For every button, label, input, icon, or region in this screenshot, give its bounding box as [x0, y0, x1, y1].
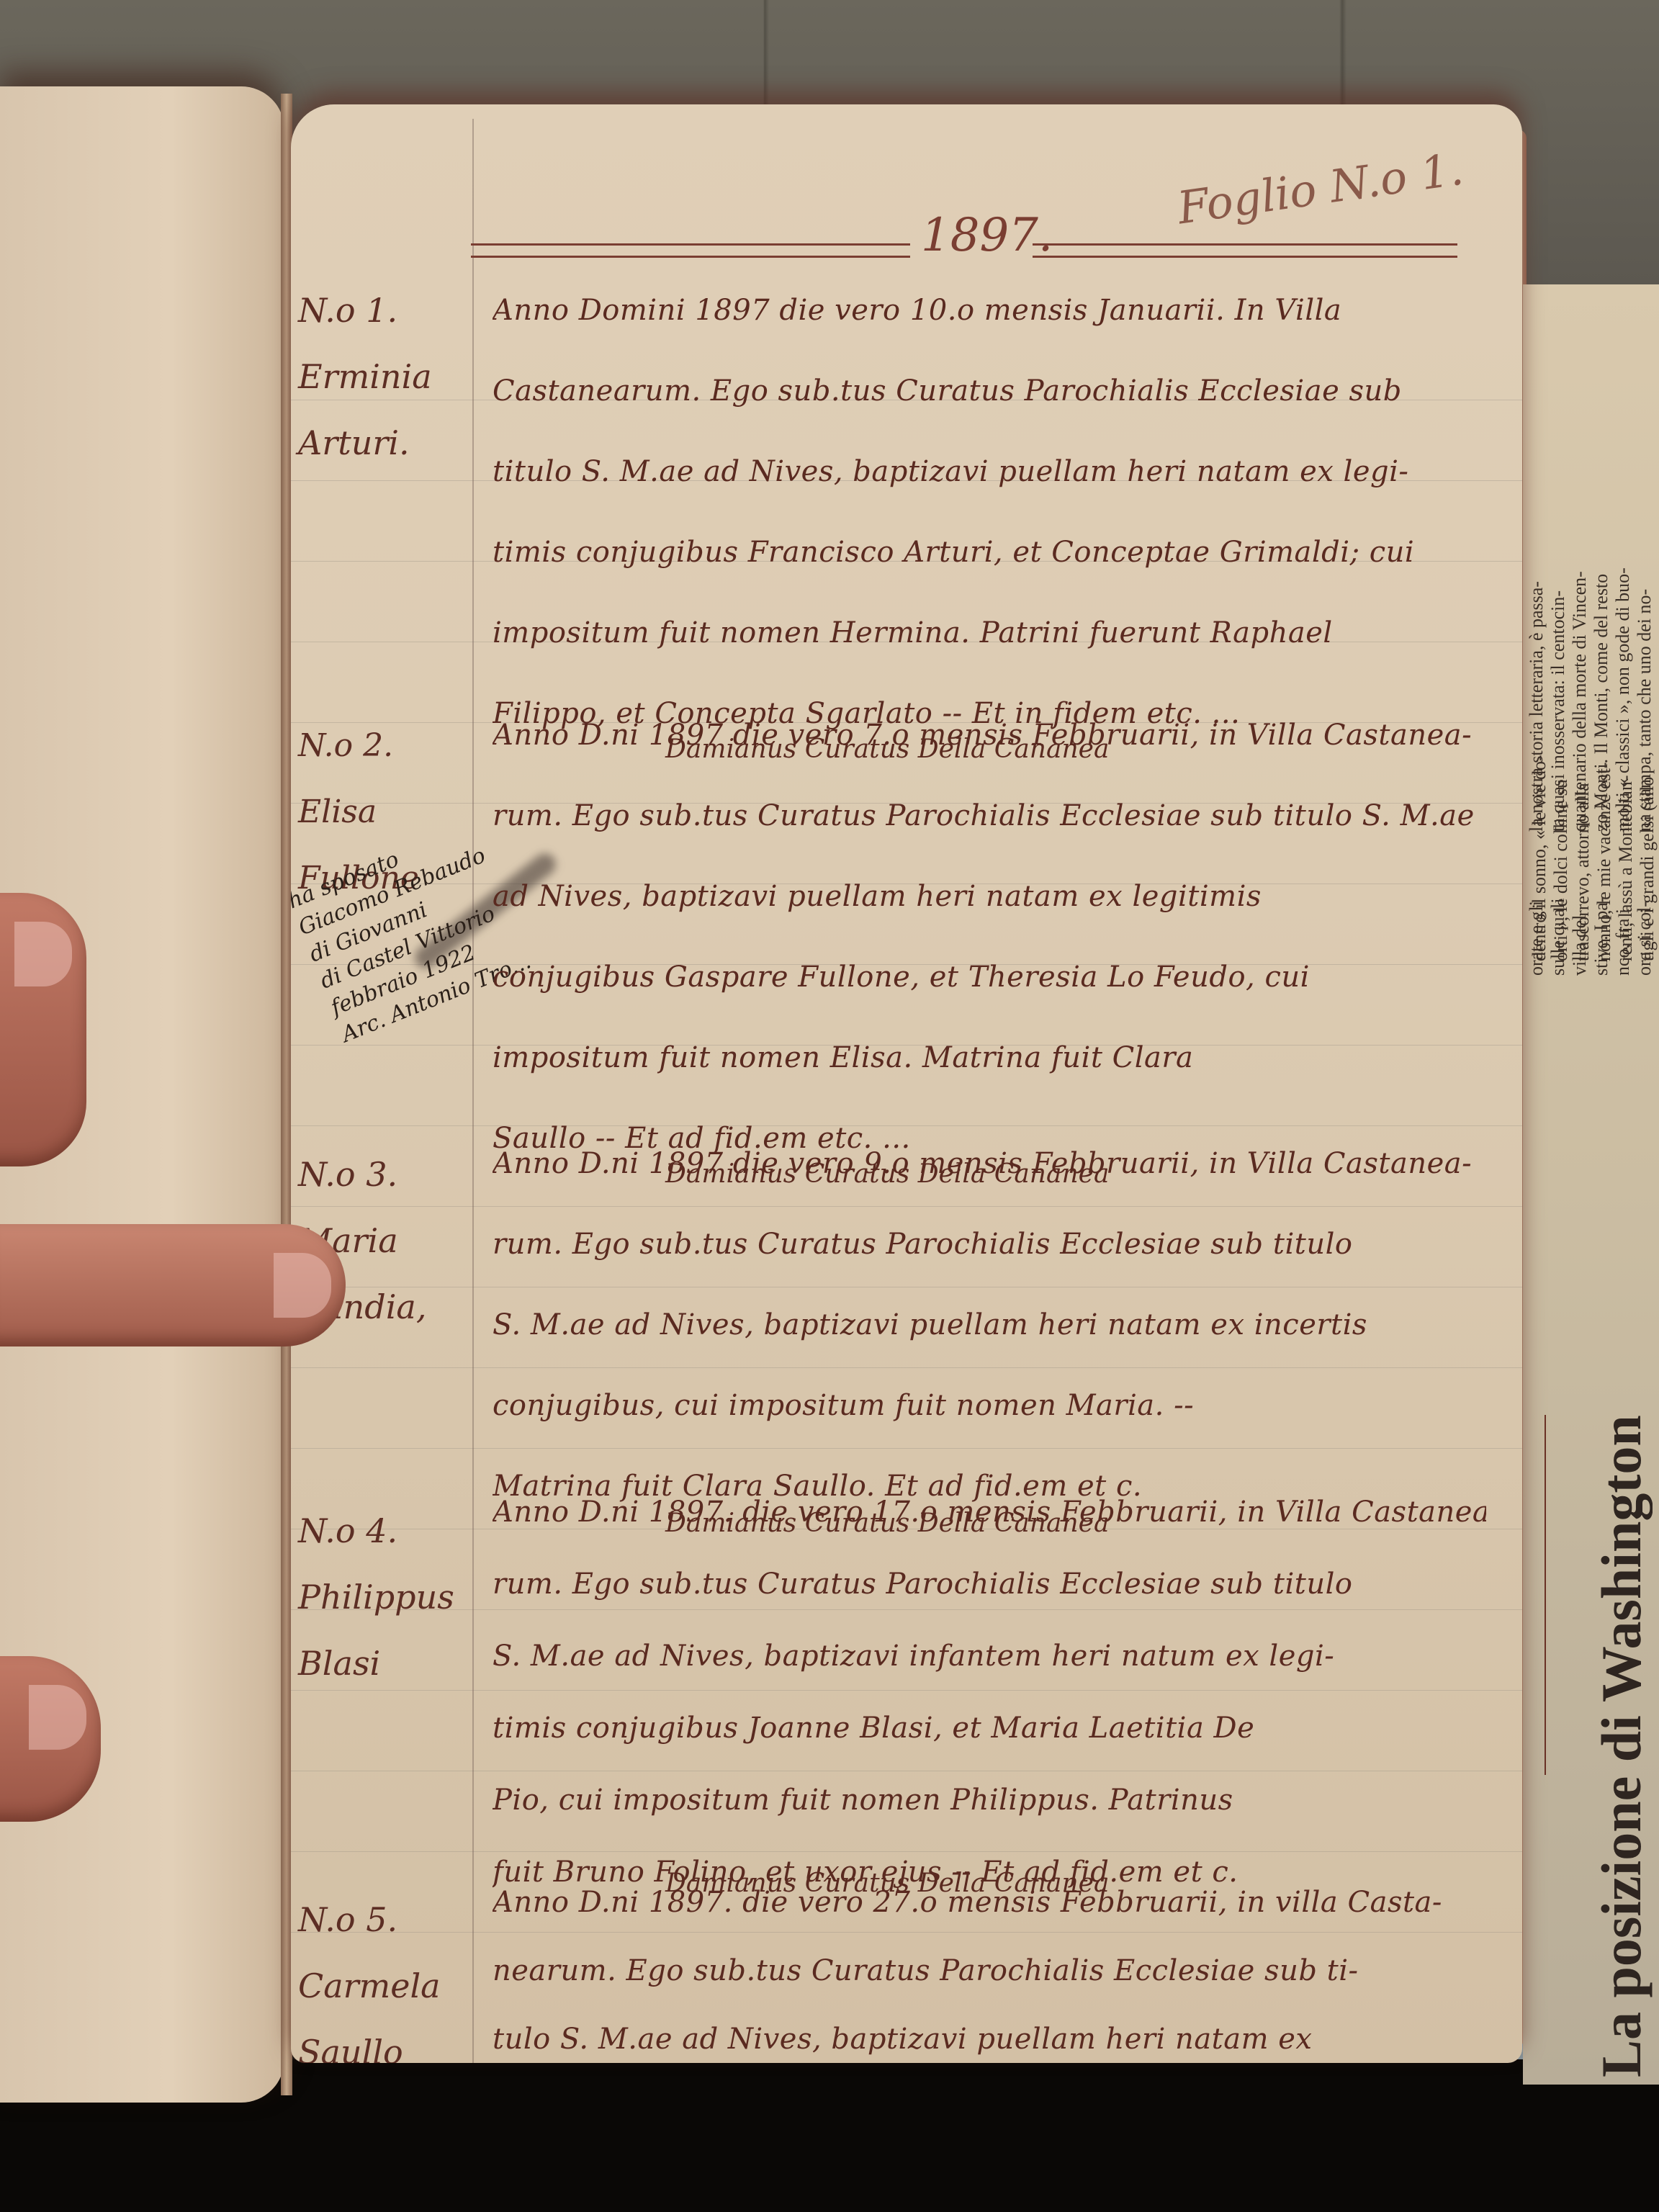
entry-given-name: Erminia: [298, 343, 464, 410]
entry-line: rum. Ego sub.tus Curatus Parochialis Ecc…: [493, 1548, 1486, 1620]
register-page: Foglio N.o 1. 1897. N.o 1. Erminia Artur…: [291, 104, 1522, 2063]
entry-line: conjugibus, cui impositum fuit nomen Mar…: [493, 1365, 1486, 1446]
entry-number: N.o 4.: [298, 1498, 464, 1564]
entry-surname: Blasi: [298, 1630, 464, 1696]
margin-rule: [472, 119, 474, 2063]
folio-number: Foglio N.o 1.: [1174, 143, 1467, 235]
news-line: tigli e i grandi gelsi (allo: [1637, 752, 1658, 961]
entry-line: nearum. Ego sub.tus Curatus Parochialis …: [493, 1937, 1486, 2005]
entry-surname: Arturi.: [298, 410, 464, 476]
fingernail: [274, 1253, 331, 1318]
entry-1-margin: N.o 1. Erminia Arturi.: [298, 277, 464, 476]
entry-4-text: Anno D.ni 1897. die vero 17.o mensis Feb…: [493, 1476, 1486, 1908]
entry-surname: Saullo: [298, 2019, 464, 2063]
entry-line: Anno D.ni 1897 die vero 9.o mensis Febbr…: [493, 1123, 1486, 1204]
finger-top: [0, 893, 86, 1166]
entry-line: Anno Domini 1897 die vero 10.o mensis Ja…: [493, 270, 1486, 351]
fingernail: [14, 922, 72, 986]
entry-line: Pio, cui impositum fuit nomen Philippus.…: [493, 1764, 1486, 1836]
news-line: dentro il sonno, « le vie do-: [1529, 752, 1550, 961]
news-line: renti, lassù a Montebian-: [1615, 752, 1637, 961]
entry-line: titulo S. M.ae ad Nives, baptizavi puell…: [493, 431, 1486, 512]
news-column-rule: [1545, 1415, 1546, 1775]
entry-line: rum. Ego sub.tus Curatus Parochialis Ecc…: [493, 1204, 1486, 1285]
entry-line: S. M.ae ad Nives, baptizavi puellam heri…: [493, 1285, 1486, 1365]
news-line: trascorrevo, attorno alla: [1572, 752, 1593, 961]
entry-3-text: Anno D.ni 1897 die vero 9.o mensis Febbr…: [493, 1123, 1486, 1527]
entry-line: timis conjugibus Francisco Arturi, et Co…: [493, 512, 1486, 593]
finger-pointing: [0, 1224, 346, 1346]
entry-number: N.o 3.: [298, 1141, 464, 1208]
news-headline: La posizione di Washington: [1589, 1429, 1654, 2077]
entry-line: impositum fuit nomen Hermina. Patrini fu…: [493, 593, 1486, 673]
entry-line: Anno D.ni 1897 die vero 7.o mensis Febbr…: [493, 695, 1486, 775]
entry-line: S. M.ae ad Nives, baptizavi infantem her…: [493, 1620, 1486, 1692]
entry-line: conjugibus Gaspare Fullone, et Theresia …: [493, 937, 1486, 1017]
entry-number: N.o 5.: [298, 1887, 464, 1953]
entry-given-name: Philippus: [298, 1564, 464, 1630]
newspaper-clipping: la nostra storia letteraria, è passa- ta…: [1523, 284, 1659, 2085]
entry-line: rum. Ego sub.tus Curatus Parochialis Ecc…: [493, 775, 1486, 856]
news-line: nonno, le mie vacanze est-: [1593, 752, 1615, 961]
entry-line: timis conjugibus Joanne Blasi, et Maria …: [493, 1692, 1486, 1764]
entry-line: tulo S. M.ae ad Nives, baptizavi puellam…: [493, 2005, 1486, 2063]
entry-line: Castanearum. Ego sub.tus Curatus Parochi…: [493, 351, 1486, 431]
entry-line: ad Nives, baptizavi puellam heri natam e…: [493, 856, 1486, 937]
entry-given-name: Carmela: [298, 1953, 464, 2019]
double-rule-right: [1033, 243, 1457, 258]
double-rule-left: [471, 243, 910, 258]
entry-line: Anno D.ni 1897. die vero 27.o mensis Feb…: [493, 1869, 1486, 1937]
entry-4-margin: N.o 4. Philippus Blasi: [298, 1498, 464, 1696]
entry-line: impositum fuit nomen Elisa. Matrina fuit…: [493, 1017, 1486, 1098]
news-column-middle: dentro il sonno, « le vie do- orti », le…: [1529, 752, 1658, 961]
entry-number: N.o 2.: [298, 713, 464, 779]
news-line: orti », le dolci colline su: [1550, 752, 1572, 961]
entry-number: N.o 1.: [298, 277, 464, 343]
entry-1-text: Anno Domini 1897 die vero 10.o mensis Ja…: [493, 270, 1486, 754]
entry-5-margin: N.o 5. Carmela Saullo: [298, 1887, 464, 2063]
year-header: 1897.: [471, 230, 1457, 274]
entry-line: Anno D.ni 1897. die vero 17.o mensis Feb…: [493, 1476, 1486, 1548]
entry-2-text: Anno D.ni 1897 die vero 7.o mensis Febbr…: [493, 695, 1486, 1179]
fingernail: [29, 1685, 86, 1750]
entry-5-text: Anno D.ni 1897. die vero 27.o mensis Feb…: [493, 1869, 1486, 2063]
